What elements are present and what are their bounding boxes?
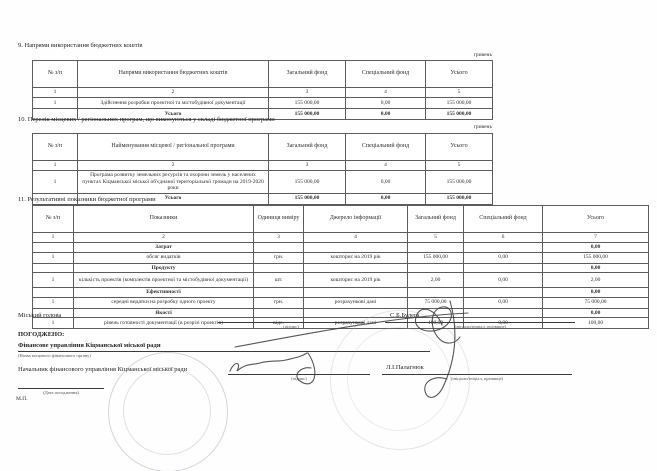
source-cell: кошторис на 2019 рік bbox=[304, 252, 408, 263]
category-label-cell: Продукту bbox=[74, 263, 254, 273]
col-header-total: Усього bbox=[543, 206, 649, 233]
chief-name-line bbox=[382, 374, 572, 375]
indicator-row: 1 середні видатки на розробку одного про… bbox=[33, 297, 649, 308]
finance-chief-name: Л.І.Палагнюк bbox=[386, 364, 424, 371]
col-header-directions: Напрями використання бюджетних коштів bbox=[78, 61, 269, 88]
col-header-special-fund: Спеціальний фонд bbox=[346, 134, 426, 161]
empty-cell bbox=[408, 263, 464, 273]
col-header-num: № з/п bbox=[33, 61, 78, 88]
general-fund-cell: 2,00 bbox=[408, 273, 464, 288]
mayor-signature-line bbox=[218, 322, 364, 323]
regional-programs-table: № з/п Найменування місцевої / регіональн… bbox=[32, 133, 493, 205]
category-row: Затрат 0,00 bbox=[33, 243, 649, 253]
chief-signature-scribble bbox=[230, 353, 307, 371]
col-header-general-fund: Загальний фонд bbox=[408, 206, 464, 233]
signature-note: (підпис) bbox=[228, 376, 370, 381]
row-num-cell: 1 bbox=[33, 318, 74, 329]
section10-title: 10. Перелік місцевих / регіональних прог… bbox=[18, 116, 275, 123]
source-cell: розрахункові дані bbox=[304, 297, 408, 308]
indicator-cell: обсяг видатків bbox=[74, 252, 254, 263]
chief-signature-line bbox=[228, 374, 370, 375]
indicator-row: 1 кількість проектів (комплектів проектн… bbox=[33, 273, 649, 288]
numbering-cell: 1 bbox=[33, 233, 74, 243]
row-num-cell: 1 bbox=[33, 273, 74, 288]
empty-cell bbox=[33, 263, 74, 273]
signature-note: (підпис) bbox=[218, 324, 364, 329]
numbering-cell: 3 bbox=[254, 233, 304, 243]
table-header-row: № з/п Показники Одиниця виміру Джерело і… bbox=[33, 206, 649, 233]
numbering-cell: 4 bbox=[304, 233, 408, 243]
row-num-cell: 1 bbox=[33, 171, 78, 194]
special-fund-cell: 0,00 bbox=[346, 171, 426, 194]
finance-org-note: (Назва місцевого фінансового органу) bbox=[18, 353, 158, 358]
special-fund-total-cell: 0,00 bbox=[346, 109, 426, 120]
col-header-num: № з/п bbox=[33, 206, 74, 233]
col-header-total: Усього bbox=[426, 134, 493, 161]
unit-cell: грн. bbox=[254, 252, 304, 263]
direction-name-cell: Здійснення розробки проектної та містобу… bbox=[78, 98, 269, 109]
table-header-row: № з/п Найменування місцевої / регіональн… bbox=[33, 134, 493, 161]
section11-title: 11. Результативні показники бюджетної пр… bbox=[18, 196, 156, 203]
empty-cell bbox=[464, 288, 543, 298]
numbering-cell: 4 bbox=[346, 161, 426, 171]
document-page: 9. Напрями використання бюджетних коштів… bbox=[0, 0, 657, 471]
table-header-row: № з/п Напрями використання бюджетних кош… bbox=[33, 61, 493, 88]
mayor-title: Міський голова bbox=[18, 312, 61, 319]
special-fund-cell: 0,00 bbox=[464, 252, 543, 263]
general-fund-total-cell: 155 000,00 bbox=[269, 193, 346, 204]
empty-cell bbox=[304, 288, 408, 298]
category-label-cell: Якості bbox=[74, 308, 254, 318]
col-header-unit: Одиниця виміру bbox=[254, 206, 304, 233]
total-cell: 155 000,00 bbox=[426, 98, 493, 109]
col-header-indicators: Показники bbox=[74, 206, 254, 233]
col-header-total: Усього bbox=[426, 61, 493, 88]
empty-cell bbox=[254, 308, 304, 318]
grand-total-cell: 155 000,00 bbox=[426, 193, 493, 204]
empty-cell bbox=[464, 263, 543, 273]
finance-org-name: Фінансове управління Кіцманської міської… bbox=[18, 342, 161, 349]
general-fund-cell: 75 000,00 bbox=[408, 297, 464, 308]
row-num-cell: 1 bbox=[33, 98, 78, 109]
approval-date-note: (Дата погодження) bbox=[18, 390, 104, 395]
numbering-cell: 5 bbox=[426, 88, 493, 98]
section9-title: 9. Напрями використання бюджетних коштів bbox=[18, 42, 142, 49]
category-total-cell: 0,00 bbox=[543, 288, 649, 298]
stamp-inner-ring bbox=[123, 367, 211, 455]
col-header-special-fund: Спеціальний фонд bbox=[464, 206, 543, 233]
numbering-cell: 1 bbox=[33, 88, 78, 98]
indicator-row: 1 обсяг видатків грн. кошторис на 2019 р… bbox=[33, 252, 649, 263]
category-row: Продукту 0,00 bbox=[33, 263, 649, 273]
section10-currency-label: гривень bbox=[432, 124, 492, 130]
category-row: Ефективності 0,00 bbox=[33, 288, 649, 298]
source-cell: кошторис на 2019 рік bbox=[304, 273, 408, 288]
finance-org-line bbox=[18, 351, 430, 352]
numbering-cell: 2 bbox=[78, 88, 269, 98]
approved-label: ПОГОДЖЕНО: bbox=[18, 331, 64, 338]
empty-cell bbox=[33, 243, 74, 253]
empty-cell bbox=[254, 263, 304, 273]
col-header-general-fund: Загальний фонд bbox=[269, 61, 346, 88]
mayor-name-line bbox=[385, 322, 575, 323]
row-num-cell: 1 bbox=[33, 297, 74, 308]
category-total-cell: 0,00 bbox=[543, 263, 649, 273]
initials-note: (ініціали/ініціал, прізвище) bbox=[382, 376, 572, 381]
numbering-cell: 4 bbox=[346, 88, 426, 98]
numbering-cell: 5 bbox=[426, 161, 493, 171]
general-fund-cell: 155 000,00 bbox=[269, 171, 346, 194]
empty-cell bbox=[304, 263, 408, 273]
col-header-source: Джерело інформації bbox=[304, 206, 408, 233]
empty-cell bbox=[408, 243, 464, 253]
numbering-row: 1 2 3 4 5 6 7 bbox=[33, 233, 649, 243]
empty-cell bbox=[464, 308, 543, 318]
section9-currency-label: гривень bbox=[432, 52, 492, 58]
numbering-cell: 3 bbox=[269, 88, 346, 98]
performance-indicators-table: № з/п Показники Одиниця виміру Джерело і… bbox=[32, 205, 649, 329]
numbering-row: 1 2 3 4 5 bbox=[33, 161, 493, 171]
col-header-special-fund: Спеціальний фонд bbox=[346, 61, 426, 88]
empty-cell bbox=[408, 288, 464, 298]
total-cell: 2,00 bbox=[543, 273, 649, 288]
program-name-cell: Програма розвитку земельних ресурсів та … bbox=[78, 171, 269, 194]
empty-cell bbox=[254, 288, 304, 298]
indicator-cell: кількість проектів (комплектів проектної… bbox=[74, 273, 254, 288]
special-fund-total-cell: 0,00 bbox=[346, 193, 426, 204]
numbering-cell: 1 bbox=[33, 161, 78, 171]
numbering-cell: 2 bbox=[74, 233, 254, 243]
unit-cell: грн. bbox=[254, 297, 304, 308]
approval-date-line bbox=[18, 388, 104, 389]
mayor-name: С.Б.Булега bbox=[390, 312, 420, 319]
empty-cell bbox=[33, 288, 74, 298]
grand-total-cell: 155 000,00 bbox=[426, 109, 493, 120]
initials-note: (ініціали/ініціал, прізвище) bbox=[385, 324, 575, 329]
col-header-general-fund: Загальний фонд bbox=[269, 134, 346, 161]
row-num-cell: 1 bbox=[33, 252, 74, 263]
numbering-cell: 5 bbox=[408, 233, 464, 243]
special-fund-cell: 0,00 bbox=[464, 297, 543, 308]
col-header-num: № з/п bbox=[33, 134, 78, 161]
table-row: 1 Здійснення розробки проектної та місто… bbox=[33, 98, 493, 109]
category-label-cell: Ефективності bbox=[74, 288, 254, 298]
indicator-cell: середні видатки на розробку одного проек… bbox=[74, 297, 254, 308]
col-header-program-name: Найменування місцевої / регіональної про… bbox=[78, 134, 269, 161]
budget-directions-table: № з/п Напрями використання бюджетних кош… bbox=[32, 60, 493, 120]
seal-label: М.П. bbox=[16, 396, 28, 402]
category-total-cell: 0,00 bbox=[543, 243, 649, 253]
empty-cell bbox=[304, 243, 408, 253]
finance-chief-title: Начальник фінансового управління Кіцманс… bbox=[18, 366, 187, 373]
total-cell: 155 000,00 bbox=[426, 171, 493, 194]
numbering-cell: 2 bbox=[78, 161, 269, 171]
unit-cell: шт. bbox=[254, 273, 304, 288]
empty-cell bbox=[254, 243, 304, 253]
numbering-row: 1 2 3 4 5 bbox=[33, 88, 493, 98]
general-fund-cell: 155 000,00 bbox=[269, 98, 346, 109]
total-cell: 75 000,00 bbox=[543, 297, 649, 308]
special-fund-cell: 0,00 bbox=[346, 98, 426, 109]
special-fund-cell: 0,00 bbox=[464, 273, 543, 288]
general-fund-cell: 155 000,00 bbox=[408, 252, 464, 263]
empty-cell bbox=[464, 243, 543, 253]
numbering-cell: 3 bbox=[269, 161, 346, 171]
table-row: 1 Програма розвитку земельних ресурсів т… bbox=[33, 171, 493, 194]
category-label-cell: Затрат bbox=[74, 243, 254, 253]
numbering-cell: 7 bbox=[543, 233, 649, 243]
category-total-cell: 0,00 bbox=[543, 308, 649, 318]
total-cell: 155 000,00 bbox=[543, 252, 649, 263]
general-fund-total-cell: 155 000,00 bbox=[269, 109, 346, 120]
numbering-cell: 6 bbox=[464, 233, 543, 243]
category-row: Якості 0,00 bbox=[33, 308, 649, 318]
